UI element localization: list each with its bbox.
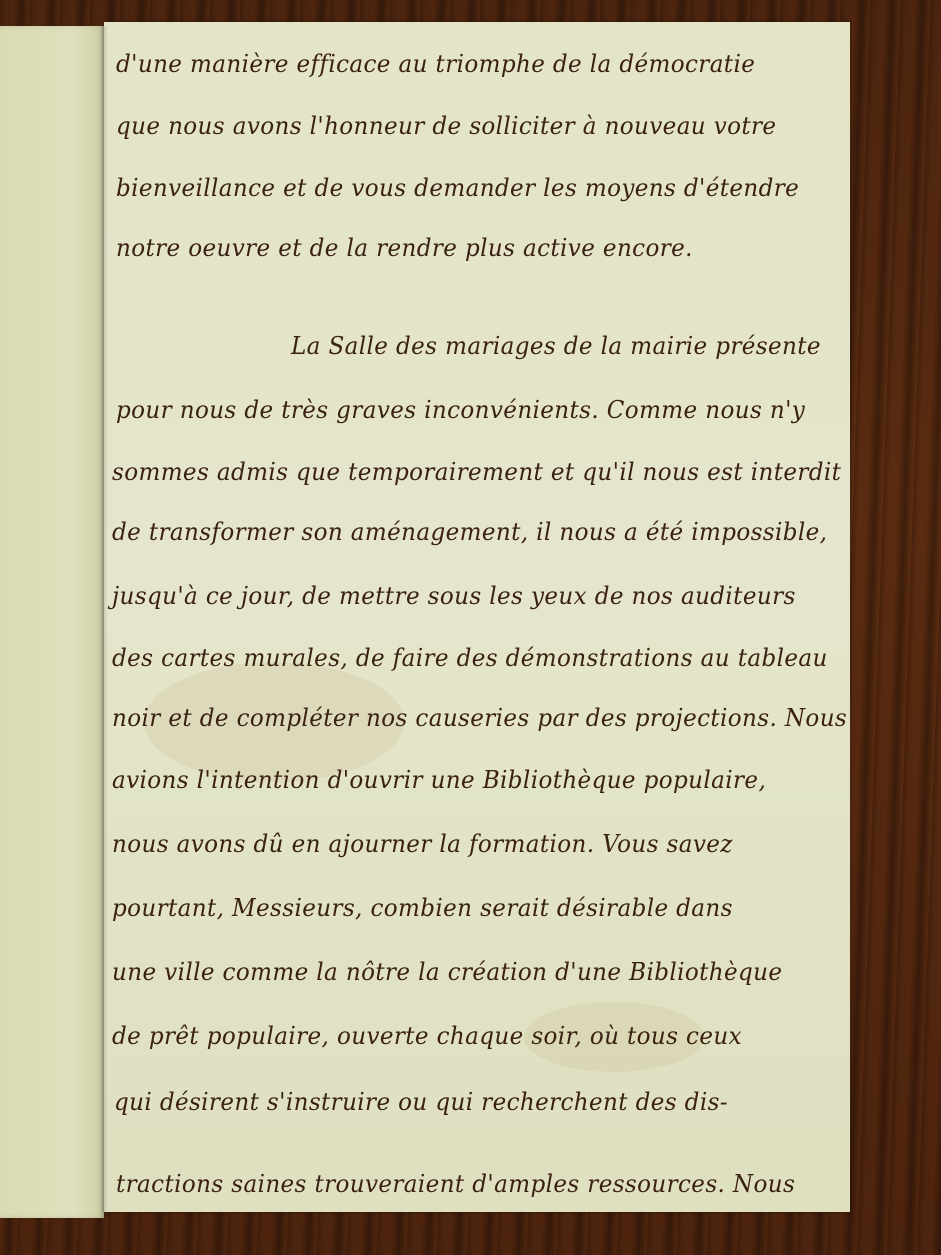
- text-line: une ville comme la nôtre la création d'u…: [112, 958, 782, 986]
- page-fold: [100, 26, 108, 1218]
- text-line: avions l'intention d'ouvrir une Biblioth…: [112, 766, 766, 794]
- text-line: jusqu'à ce jour, de mettre sous les yeux…: [112, 582, 796, 610]
- text-line: d'une manière efficace au triomphe de la…: [116, 50, 755, 78]
- text-line: que nous avons l'honneur de solliciter à…: [116, 112, 776, 140]
- text-line: pourtant, Messieurs, combien serait dési…: [112, 894, 733, 922]
- text-line: des cartes murales, de faire des démonst…: [112, 644, 828, 672]
- text-line: qui désirent s'instruire ou qui recherch…: [114, 1088, 728, 1116]
- text-line: notre oeuvre et de la rendre plus active…: [116, 234, 693, 262]
- text-line: sommes admis que temporairement et qu'il…: [112, 458, 841, 486]
- text-line: tractions saines trouveraient d'amples r…: [116, 1170, 795, 1198]
- text-line: La Salle des mariages de la mairie prése…: [291, 332, 821, 360]
- left-page: [0, 26, 104, 1218]
- text-line: noir et de compléter nos causeries par d…: [112, 704, 847, 732]
- text-line: bienveillance et de vous demander les mo…: [116, 174, 799, 202]
- text-line: pour nous de très graves inconvénients. …: [116, 396, 805, 424]
- text-line: de transformer son aménagement, il nous …: [112, 518, 827, 546]
- text-line: nous avons dû en ajourner la formation. …: [112, 830, 733, 858]
- text-line: de prêt populaire, ouverte chaque soir, …: [112, 1022, 742, 1050]
